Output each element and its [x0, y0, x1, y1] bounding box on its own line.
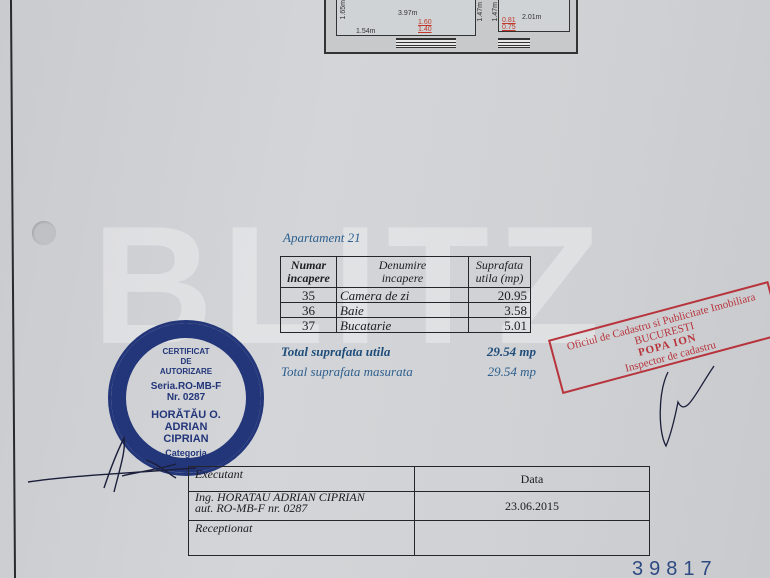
stamp-name1: HORĂTĂU O. ADRIAN	[131, 409, 241, 433]
stamp-line1: CERTIFICAT	[131, 347, 241, 357]
room-number: 37	[281, 318, 337, 333]
dim-small-width: 1.54m	[356, 28, 375, 35]
dim-window-red-b2: 0.75	[502, 25, 516, 31]
execution-received-row: Receptionat	[189, 521, 650, 556]
signature-right	[656, 362, 726, 452]
total-measured-label: Total suprafata masurata	[281, 364, 413, 379]
table-row: 35 Camera de zi 20.95	[281, 288, 531, 303]
floor-plan-window	[396, 38, 456, 48]
total-useful-area: Total suprafata utila 29.54 mp	[281, 344, 536, 360]
header-name: Denumire incapere	[337, 257, 469, 288]
dim-room-b-width: 2.01m	[522, 14, 541, 21]
rooms-table-header: Numar incapere Denumire incapere Suprafa…	[281, 257, 531, 288]
date-label: Data	[415, 467, 650, 492]
stamp-series: Seria.RO-MB-F	[131, 381, 241, 392]
table-row: 36 Baie 3.58	[281, 303, 531, 318]
received-value	[415, 521, 650, 556]
dim-window-red-2: 1.40	[418, 27, 432, 33]
dim-left-vertical: 1.65m	[340, 0, 347, 19]
room-name: Baie	[337, 303, 469, 318]
room-name: Camera de zi	[337, 288, 469, 303]
header-number-line2: incapere	[287, 271, 330, 285]
execution-data-row: Ing. HORATAU ADRIAN CIPRIAN aut. RO-MB-F…	[189, 492, 650, 521]
date-value: 23.06.2015	[415, 492, 650, 521]
table-row: 37 Bucatarie 5.01	[281, 318, 531, 333]
rooms-table: Numar incapere Denumire incapere Suprafa…	[280, 256, 531, 333]
punch-hole	[32, 221, 56, 245]
stamp-line2: DE	[131, 357, 241, 367]
stamp-category: Categoria	[131, 448, 241, 458]
header-number-line1: Numar	[291, 258, 326, 272]
room-area: 20.95	[469, 288, 531, 303]
stamp-inner: CERTIFICAT DE AUTORIZARE Seria.RO-MB-F N…	[131, 347, 241, 458]
authorization-stamp: Persoana fizica autorizata de A.N.C.P.I.…	[108, 320, 264, 476]
header-area-line2: utila (mp)	[476, 271, 524, 285]
document-number: 39817	[632, 558, 718, 578]
stamp-name2: CIPRIAN	[131, 433, 241, 445]
dim-room-width: 3.97m	[398, 10, 417, 17]
floor-plan: 1.65m 3.97m 1.54m 1.60 1.40 1.47m 1.47m …	[324, 0, 578, 54]
executant-label: Executant	[189, 467, 415, 492]
received-label: Receptionat	[189, 521, 415, 556]
execution-header-row: Executant Data	[189, 467, 650, 492]
page-edge	[10, 0, 16, 578]
stamp-number: Nr. 0287	[131, 392, 241, 403]
executant-auth: aut. RO-MB-F nr. 0287	[195, 503, 408, 514]
execution-table: Executant Data Ing. HORATAU ADRIAN CIPRI…	[188, 466, 650, 556]
total-measured-area: Total suprafata masurata 29.54 mp	[281, 364, 536, 380]
header-number: Numar incapere	[281, 257, 337, 288]
stamp-line3: AUTORIZARE	[131, 367, 241, 377]
executant-cell: Ing. HORATAU ADRIAN CIPRIAN aut. RO-MB-F…	[189, 492, 415, 521]
header-name-line1: Denumire	[379, 258, 427, 272]
room-number: 35	[281, 288, 337, 303]
total-useful-value: 29.54 mp	[487, 344, 536, 360]
header-area-line1: Suprafata	[476, 258, 523, 272]
total-measured-value: 29.54 mp	[488, 364, 536, 380]
header-area: Suprafata utila (mp)	[469, 257, 531, 288]
total-useful-label: Total suprafata utila	[281, 344, 390, 359]
room-name: Bucatarie	[337, 318, 469, 333]
room-number: 36	[281, 303, 337, 318]
floor-plan-window-b	[498, 38, 530, 48]
room-area: 3.58	[469, 303, 531, 318]
apartment-title: Apartament 21	[283, 230, 361, 246]
dim-wall-a: 1.47m	[477, 2, 484, 21]
dim-wall-b: 1.47m	[492, 2, 499, 21]
room-area: 5.01	[469, 318, 531, 333]
header-name-line2: incapere	[382, 271, 424, 285]
